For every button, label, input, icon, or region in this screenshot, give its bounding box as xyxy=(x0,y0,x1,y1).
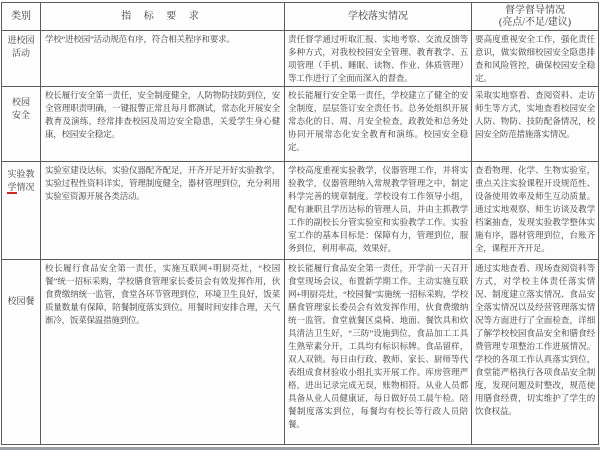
table-row: 进校园 活动 学校“进校园”活动规范有序，符合相关程序和要求。 责任督学通过听取… xyxy=(2,31,599,87)
category-cell: 校园餐 xyxy=(2,260,41,445)
implementation-cell: 校长能履行食品安全第一责任，开学前一天召开食堂现场会议，布置新学期工作。主动实施… xyxy=(285,260,472,445)
header-supervision: 督学督导情况 (亮点/不足/建议) xyxy=(472,3,599,31)
implementation-cell: 校长能履行安全第一责任，学校建立了健全的安全制度，层层签订安全责任书。总务处组织… xyxy=(285,87,472,162)
implementation-cell: 责任督学通过听取汇报、实地考察、交流反馈等多种方式，对我校校园安全管理、教育教学… xyxy=(285,31,472,87)
spellcheck-marked-text: 学 xyxy=(7,182,16,194)
category-text: 校园 安全 xyxy=(12,97,30,120)
category-text: 情况 xyxy=(17,182,35,192)
implementation-cell: 学校高度重视实验教学，仪器管理工作，并将实验教学，仪器管理纳入常规教学管理之中，… xyxy=(285,162,472,260)
category-text: 校园餐 xyxy=(7,296,34,306)
document-page: 类别 指 标 要 求 学校落实情况 督学督导情况 (亮点/不足/建议) 进校园 … xyxy=(0,0,600,450)
table-row: 校园餐 校长履行食品安全第一责任，实施互联网+明厨亮灶，“校园餐”统一招标采购，… xyxy=(2,260,599,445)
header-implementation: 学校落实情况 xyxy=(285,3,472,31)
indicator-cell: 学校“进校园”活动规范有序，符合相关程序和要求。 xyxy=(41,31,285,87)
indicator-cell: 校长履行安全第一责任，安全制度健全，人防物防技防到位，安全管理职责明确，一键报警… xyxy=(41,87,285,162)
header-indicator: 指 标 要 求 xyxy=(41,3,285,31)
category-cell: 进校园 活动 xyxy=(2,31,41,87)
category-cell: 校园 安全 xyxy=(2,87,41,162)
supervision-cell: 查看物理、化学、生物实验室，重点关注实验课程开设规范性、设备使用效率及师生互动质… xyxy=(472,162,599,260)
header-category: 类别 xyxy=(2,3,41,31)
category-cell: 实验教 学情况 xyxy=(2,162,41,260)
table-header-row: 类别 指 标 要 求 学校落实情况 督学督导情况 (亮点/不足/建议) xyxy=(2,3,599,31)
supervision-report-table: 类别 指 标 要 求 学校落实情况 督学督导情况 (亮点/不足/建议) 进校园 … xyxy=(1,2,599,445)
table-row: 校园 安全 校长履行安全第一责任，安全制度健全，人防物防技防到位，安全管理职责明… xyxy=(2,87,599,162)
category-text: 实验教 xyxy=(7,169,34,179)
table-row: 实验教 学情况 实验室建设达标，实验仪器配齐配足，开齐开足开好实验教学，实验过程… xyxy=(2,162,599,260)
supervision-cell: 采取实地察看、查阅资料、走访师生等方式，实地查看校园安全人防、物防、技防配备情况… xyxy=(472,87,599,162)
supervision-cell: 通过实地查看、现场查阅资料等方式，对学校主体责任落实情况、制度建立落实情况、食品… xyxy=(472,260,599,445)
category-text: 进校园 活动 xyxy=(7,35,34,58)
supervision-cell: 要高度重视安全工作，强化责任意识，做实做细校园安全隐患排查和风险管控，确保校园安… xyxy=(472,31,599,87)
indicator-cell: 实验室建设达标，实验仪器配齐配足，开齐开足开好实验教学，实验过程性资料详实，管理… xyxy=(41,162,285,260)
indicator-cell: 校长履行食品安全第一责任，实施互联网+明厨亮灶，“校园餐”统一招标采购，学校膳食… xyxy=(41,260,285,445)
